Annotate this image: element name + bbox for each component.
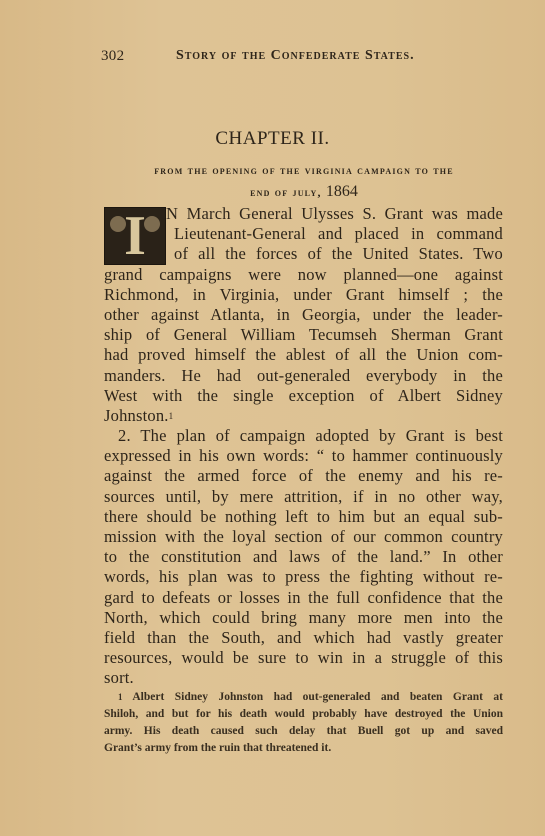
text-line: Lieutenant-General and placed in command xyxy=(104,224,503,244)
footnote-line: army. His death caused such delay that B… xyxy=(104,723,503,740)
text-line: resources, would be sure to win in a str… xyxy=(104,648,503,668)
subtitle-line-2: end of july, xyxy=(250,185,322,199)
text-line: field than the South, and which had vast… xyxy=(104,628,503,648)
text-line: manders. He had out-generaled everybody … xyxy=(104,366,503,386)
running-title: Story of the Confederate States. xyxy=(176,48,415,64)
text-line: ship of General William Tecumseh Sherman… xyxy=(104,325,503,345)
text-line: words, his plan was to press the fightin… xyxy=(104,567,503,587)
text-line: grand campaigns were now planned—one aga… xyxy=(104,265,503,285)
text-line: of all the forces of the United States. … xyxy=(104,244,503,264)
footnote-marker: 1 xyxy=(118,692,123,702)
footnote-ref: 1 xyxy=(169,411,174,421)
footnote-line: Shiloh, and but for his death would prob… xyxy=(104,706,503,723)
text-line: 2. The plan of campaign adopted by Grant… xyxy=(104,426,503,446)
text-line: expressed in his own words: “ to hammer … xyxy=(104,446,503,466)
subtitle-year: 1864 xyxy=(326,183,358,200)
text-line: West with the single exception of Albert… xyxy=(104,386,503,406)
footnote: 1 Albert Sidney Johnston had out-general… xyxy=(104,689,503,757)
text-line: sources until, by mere attrition, if in … xyxy=(104,487,503,507)
text-span: Johnston. xyxy=(104,406,169,425)
text-line: Richmond, in Virginia, under Grant himse… xyxy=(104,285,503,305)
text-line: gard to defeats or losses in the full co… xyxy=(104,588,503,608)
footnote-line: 1 Albert Sidney Johnston had out-general… xyxy=(104,689,503,706)
paragraph-1: N March General Ulysses S. Grant was mad… xyxy=(104,204,503,426)
text-line: to the constitution and laws of the land… xyxy=(104,547,503,567)
text-line: had proved himself the ablest of all the… xyxy=(104,345,503,365)
text-line: Johnston.1 xyxy=(104,406,503,426)
text-line: other against Atlanta, in Georgia, under… xyxy=(104,305,503,325)
text-line: North, which could bring many more men i… xyxy=(104,608,503,628)
text-line: N March General Ulysses S. Grant was mad… xyxy=(104,204,503,224)
text-span: Albert Sidney Johnston had out-generaled… xyxy=(132,691,503,703)
footnote-line: Grant’s army from the ruin that threaten… xyxy=(104,740,503,757)
text-line: there should be nothing left to him but … xyxy=(104,507,503,527)
text-line: sort. xyxy=(104,668,503,688)
subtitle-line-1: from the opening of the virginia campaig… xyxy=(154,163,454,177)
chapter-subtitle: from the opening of the virginia campaig… xyxy=(104,160,504,203)
page-number: 302 xyxy=(101,48,124,65)
chapter-title: CHAPTER II. xyxy=(0,128,545,150)
text-line: against the armed force of the enemy and… xyxy=(104,466,503,486)
paragraph-2: 2. The plan of campaign adopted by Grant… xyxy=(104,426,503,689)
text-line: mission with the loyal section of our co… xyxy=(104,527,503,547)
